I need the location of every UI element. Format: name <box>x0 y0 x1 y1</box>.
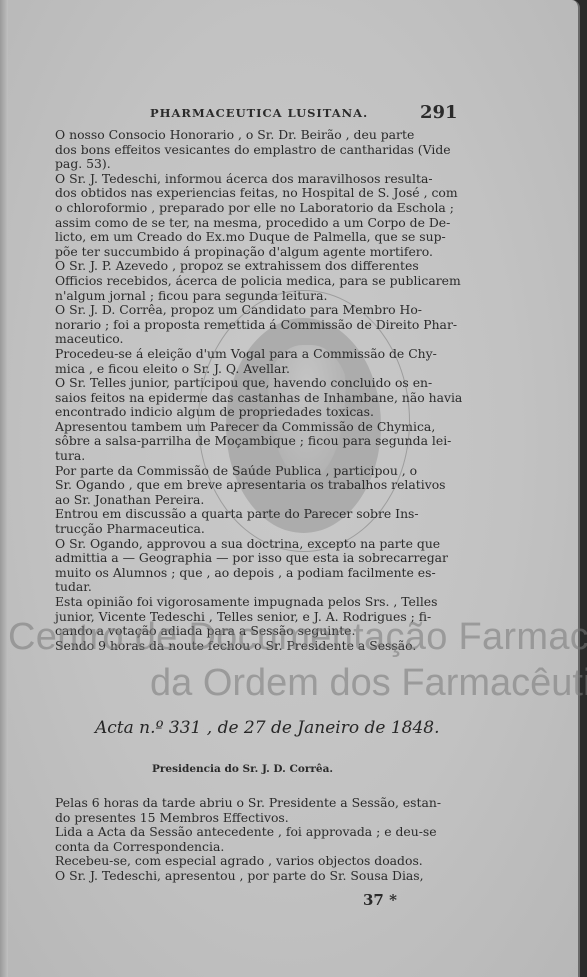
text-line: Apresentou tambem um Parecer da Commissã… <box>55 420 459 435</box>
text-line: do presentes 15 Membros Effectivos. <box>55 811 459 826</box>
running-header: PHARMACEUTICA LUSITANA. <box>150 106 368 120</box>
text-line: O Sr. J. Tedeschi, apresentou , por part… <box>55 869 459 884</box>
text-line: Por parte da Commissão de Saúde Publica … <box>55 464 459 479</box>
text-line: O Sr. J. D. Corrêa, propoz um Candidato … <box>55 303 459 318</box>
text-line: assim como de se ter, na mesma, procedid… <box>55 216 459 231</box>
text-line: encontrado indicio algum de propriedades… <box>55 405 459 420</box>
text-line: Pelas 6 horas da tarde abriu o Sr. Presi… <box>55 796 459 811</box>
acta-heading: Acta n.º 331 , de 27 de Janeiro de 1848. <box>95 718 439 738</box>
session-minutes-block-1: O nosso Consocio Honorario , o Sr. Dr. B… <box>55 128 459 653</box>
text-line: Sr. Ogando , que em breve apresentaria o… <box>55 478 459 493</box>
text-line: põe ter succumbido á propinação d'algum … <box>55 245 459 260</box>
text-line: muito os Alumnos ; que , ao depois , a p… <box>55 566 459 581</box>
text-line: Lida a Acta da Sessão antecedente , foi … <box>55 825 459 840</box>
session-minutes-block-2: Pelas 6 horas da tarde abriu o Sr. Presi… <box>55 796 459 884</box>
text-line: Entrou em discussão a quarta parte do Pa… <box>55 507 459 522</box>
book-page: PHARMACEUTICA LUSITANA. 291 O nosso Cons… <box>0 0 580 977</box>
text-line: norario ; foi a proposta remettida á Com… <box>55 318 459 333</box>
text-line: Procedeu-se á eleição d'um Vogal para a … <box>55 347 459 362</box>
text-line: saios feitos na epiderme das castanhas d… <box>55 391 459 406</box>
text-line: O Sr. J. P. Azevedo , propoz se extrahis… <box>55 259 459 274</box>
text-line: tudar. <box>55 580 459 595</box>
watermark-text-line-1: Centro de Documentação Farmacêutica <box>8 616 587 659</box>
text-line: mica , e ficou eleito o Sr. J. Q. Avella… <box>55 362 459 377</box>
text-line: O Sr. Telles junior, participou que, hav… <box>55 376 459 391</box>
text-line: ao Sr. Jonathan Pereira. <box>55 493 459 508</box>
text-line: Officios recebidos, ácerca de policia me… <box>55 274 459 289</box>
text-line: n'algum jornal ; ficou para segunda leit… <box>55 289 459 304</box>
presidency-subheading: Presidencia do Sr. J. D. Corrêa. <box>152 763 333 775</box>
text-line: O nosso Consocio Honorario , o Sr. Dr. B… <box>55 128 459 143</box>
text-line: admittia a — Geographia — por isso que e… <box>55 551 459 566</box>
text-line: sôbre a salsa-parrilha de Moçambique ; f… <box>55 434 459 449</box>
text-line: Recebeu-se, com especial agrado , varios… <box>55 854 459 869</box>
text-line: o chloroformio , preparado por elle no L… <box>55 201 459 216</box>
text-line: maceutico. <box>55 332 459 347</box>
text-line: O Sr. Ogando, approvou a sua doctrina, e… <box>55 537 459 552</box>
text-line: Esta opinião foi vigorosamente impugnada… <box>55 595 459 610</box>
text-line: conta da Correspondencia. <box>55 840 459 855</box>
text-line: licto, em um Creado do Ex.mo Duque de Pa… <box>55 230 459 245</box>
text-line: dos bons effeitos vesicantes do emplastr… <box>55 143 459 158</box>
page-number: 291 <box>420 102 458 123</box>
text-line: trucção Pharmaceutica. <box>55 522 459 537</box>
text-line: tura. <box>55 449 459 464</box>
text-line: O Sr. J. Tedeschi, informou ácerca dos m… <box>55 172 459 187</box>
watermark-text-line-2: da Ordem dos Farmacêuticos <box>150 662 587 705</box>
text-line: pag. 53). <box>55 157 459 172</box>
signature-mark: 37 * <box>363 891 397 909</box>
text-line: dos obtidos nas experiencias feitas, no … <box>55 186 459 201</box>
